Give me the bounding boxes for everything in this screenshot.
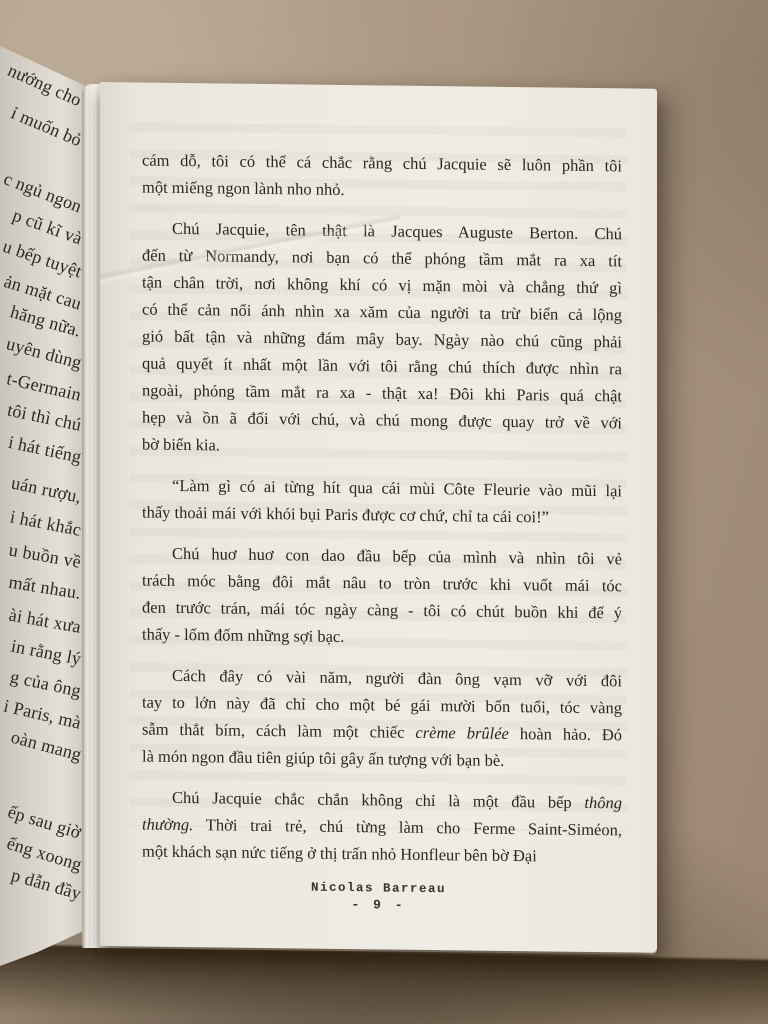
left-page-text-fragment: c ngủ ngon (1, 168, 85, 217)
paragraph: Chú Jacquie, tên thật là Jacques Auguste… (142, 215, 622, 464)
text-segment: gió bất tận và những đám mây bay. Ngày n… (142, 327, 622, 352)
page-body-text: cám dỗ, tôi có thể cá chắc rằng chú Jacq… (142, 147, 622, 871)
text-segment: thấy thoải mái với khói bụi Paris được c… (142, 503, 549, 527)
text-segment: đến từ Normandy, nơi bạn có thể phóng tầ… (142, 246, 622, 271)
text-segment: tận chân trời, nơi không khí có vị mặn m… (142, 273, 622, 298)
text-segment: ngoài, phóng tầm mắt ra xa - thật xa! Đô… (142, 381, 622, 406)
text-segment: cám dỗ, tôi có thể cá chắc rằng chú Jacq… (142, 151, 622, 176)
left-page-text-fragment: mất nhau. (7, 572, 82, 604)
text-segment: thấy - lốm đốm những sợi bạc. (142, 625, 344, 646)
text-segment: “Làm gì có ai từng hít qua cái mùi Côte … (172, 476, 622, 500)
text-segment: một khách sạn nức tiếng ở thị trấn nhỏ H… (142, 842, 537, 866)
text-segment: Chú Jacquie, tên thật là Jacques Auguste… (172, 219, 622, 243)
left-page: nướng choỉ muốn bỏc ngủ ngonp cũ kĩ vàu … (0, 0, 90, 985)
text-segment: tay to lớn này đã chỉ cho một bé gái mườ… (142, 693, 622, 718)
text-segment: một miếng ngon lành nho nhỏ. (142, 178, 345, 199)
text-segment: hẹp và ồn ã đối với chú, và chú mong đượ… (142, 408, 622, 433)
right-page: cám dỗ, tôi có thể cá chắc rằng chú Jacq… (100, 82, 657, 953)
left-page-text-fragment: ài hát xưa (8, 605, 83, 638)
italic-text-segment: crème brûlée (415, 723, 508, 743)
left-page-text-fragment: g của ông (9, 666, 84, 701)
text-segment: Cách đây có vài năm, người đàn ông vạm v… (172, 666, 622, 690)
text-segment: bờ biển kia. (142, 435, 220, 455)
text-segment: hoàn hảo. Đó (509, 724, 622, 744)
paragraph: Chú huơ huơ con dao đầu bếp của mình và … (142, 540, 622, 654)
text-segment: là món ngon đầu tiên giúp tôi gây ấn tượ… (142, 747, 504, 770)
text-segment: Chú Jacquie chắc chắn không chỉ là một đ… (172, 788, 584, 812)
paragraph: “Làm gì có ai từng hít qua cái mùi Côte … (142, 472, 622, 532)
text-segment: Chú huơ huơ con dao đầu bếp của mình và … (172, 544, 622, 568)
text-segment: Thời trai trẻ, chú từng làm cho Ferme Sa… (193, 815, 622, 839)
left-page-text-fragment: in rằng lý (9, 636, 83, 670)
page-footer: Nicolas Barreau - 9 - (100, 878, 657, 916)
left-page-text-fragment: i hát tiếng (6, 432, 83, 468)
left-page-text-fragment: i hát khắc (8, 506, 83, 540)
left-page-text-fragment: uán rượu, (9, 472, 83, 507)
paragraph: cám dỗ, tôi có thể cá chắc rằng chú Jacq… (142, 147, 622, 207)
text-segment: quả quyết ít nhất một lần với tôi rằng c… (142, 354, 622, 379)
paragraph: Cách đây có vài năm, người đàn ông vạm v… (142, 662, 622, 776)
paragraph: Chú Jacquie chắc chắn không chỉ là một đ… (142, 784, 622, 871)
text-segment: có thể cản nổi ánh nhìn xa xăm của người… (142, 300, 622, 325)
text-segment: trách móc bằng đôi mắt nâu to tròn trước… (142, 571, 622, 596)
open-book-photo: nướng choỉ muốn bỏc ngủ ngonp cũ kĩ vàu … (0, 0, 768, 1024)
text-segment: đen trước trán, mái tóc ngày càng - tôi … (142, 598, 622, 623)
text-segment: sẫm thắt bím, cách làm một chiếc (142, 720, 415, 742)
left-page-text-fragment: u buồn về (7, 540, 82, 573)
italic-text-segment: thường. (142, 815, 193, 835)
italic-text-segment: thông (584, 793, 622, 812)
left-page-text-fragment: tôi thì chú (5, 400, 83, 436)
